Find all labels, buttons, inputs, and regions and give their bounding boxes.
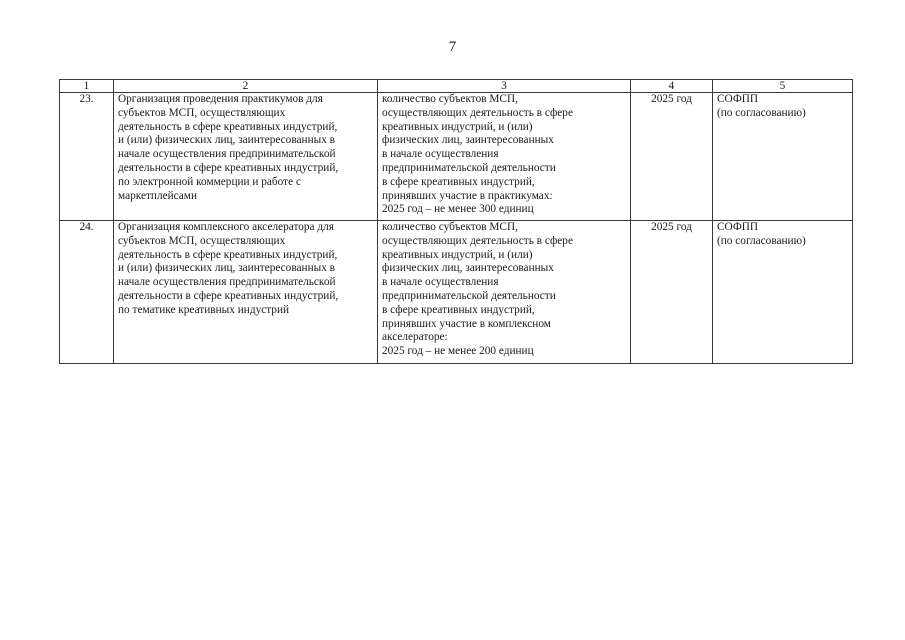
header-col-1: 1 [60,80,114,93]
indicator-cell: количество субъектов МСП, осуществляющих… [378,93,631,221]
indicator-line: креативных индустрий, и (или) [382,249,626,263]
activity-line: деятельности в сфере креативных индустри… [118,162,373,176]
activity-line: по электронной коммерции и работе с [118,176,373,190]
indicator-line: физических лиц, заинтересованных [382,134,626,148]
activity-line: маркетплейсами [118,190,373,204]
table-row: 24. Организация комплексного акселератор… [60,221,853,364]
header-col-4: 4 [631,80,713,93]
row-number: 24. [60,221,114,364]
indicator-line: креативных индустрий, и (или) [382,121,626,135]
activity-line: начале осуществления предпринимательской [118,276,373,290]
activity-line: субъектов МСП, осуществляющих [118,235,373,249]
indicator-line: принявших участие в комплексном [382,318,626,332]
activity-cell: Организация проведения практикумов для с… [114,93,378,221]
activity-line: Организация проведения практикумов для [118,93,373,107]
activity-line: Организация комплексного акселератора дл… [118,221,373,235]
deadline-cell: 2025 год [631,93,713,221]
indicator-line: осуществляющих деятельность в сфере [382,107,626,121]
indicator-line: акселераторе: [382,331,626,345]
activity-line: деятельность в сфере креативных индустри… [118,249,373,263]
activity-line: субъектов МСП, осуществляющих [118,107,373,121]
indicator-line: количество субъектов МСП, [382,93,626,107]
indicator-line: физических лиц, заинтересованных [382,262,626,276]
deadline-cell: 2025 год [631,221,713,364]
responsible-line: СОФПП [717,93,848,107]
responsible-line: СОФПП [717,221,848,235]
responsible-cell: СОФПП (по согласованию) [713,93,853,221]
indicator-line: в начале осуществления [382,148,626,162]
indicator-line: предпринимательской деятельности [382,290,626,304]
activity-line: и (или) физических лиц, заинтересованных… [118,134,373,148]
indicator-cell: количество субъектов МСП, осуществляющих… [378,221,631,364]
responsible-line: (по согласованию) [717,107,848,121]
indicator-line: количество субъектов МСП, [382,221,626,235]
responsible-cell: СОФПП (по согласованию) [713,221,853,364]
table-row: 23. Организация проведения практикумов д… [60,93,853,221]
activity-line: начале осуществления предпринимательской [118,148,373,162]
indicator-line: в начале осуществления [382,276,626,290]
activity-line: деятельности в сфере креативных индустри… [118,290,373,304]
indicator-line: в сфере креативных индустрий, [382,176,626,190]
indicator-line: осуществляющих деятельность в сфере [382,235,626,249]
plan-table: 1 2 3 4 5 23. Организация проведения пра… [59,79,853,364]
row-number: 23. [60,93,114,221]
table-header-row: 1 2 3 4 5 [60,80,853,93]
activity-line: по тематике креативных индустрий [118,304,373,318]
page-number: 7 [0,38,905,56]
header-col-3: 3 [378,80,631,93]
indicator-line: 2025 год – не менее 200 единиц [382,345,626,359]
activity-cell: Организация комплексного акселератора дл… [114,221,378,364]
activity-line: деятельность в сфере креативных индустри… [118,121,373,135]
indicator-line: принявших участие в практикумах: [382,190,626,204]
indicator-line: в сфере креативных индустрий, [382,304,626,318]
indicator-line: 2025 год – не менее 300 единиц [382,203,626,217]
header-col-5: 5 [713,80,853,93]
responsible-line: (по согласованию) [717,235,848,249]
indicator-line: предпринимательской деятельности [382,162,626,176]
activity-line: и (или) физических лиц, заинтересованных… [118,262,373,276]
header-col-2: 2 [114,80,378,93]
